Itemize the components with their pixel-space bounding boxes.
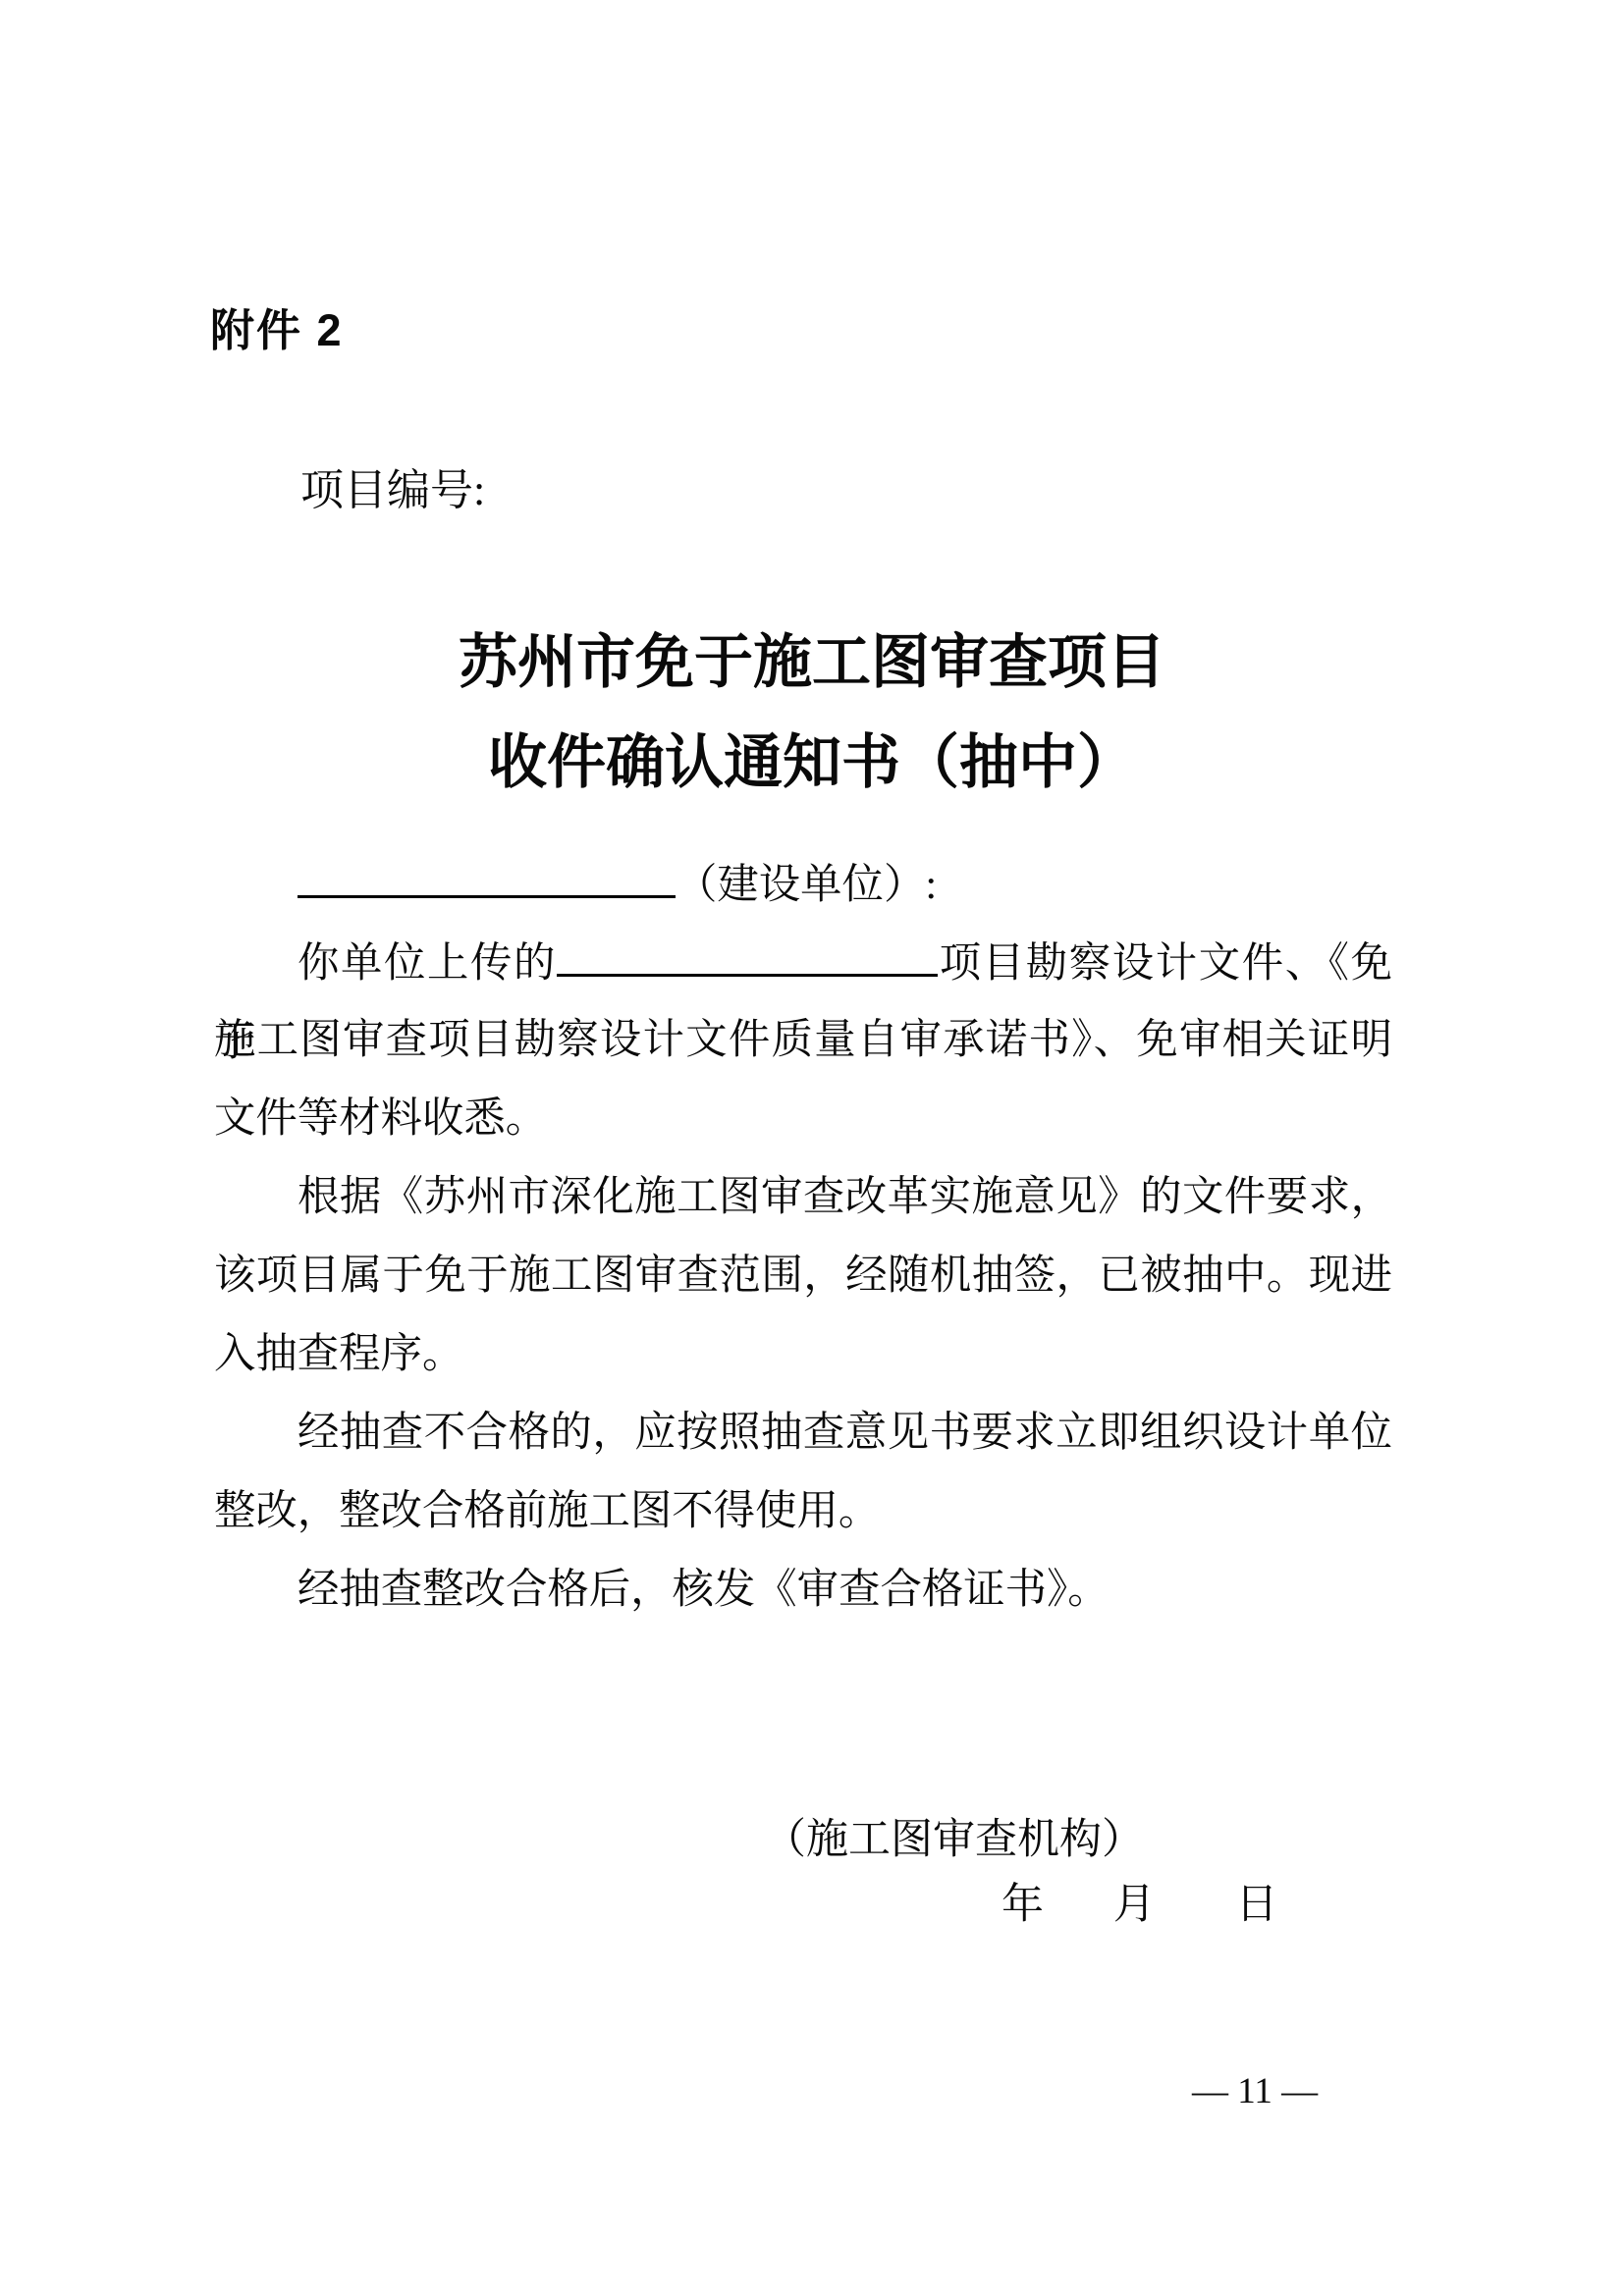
date-month-label: 月	[1113, 1882, 1156, 1928]
document-page: 附件 2 项目编号: 苏州市免于施工图审查项目 收件确认通知书（抽中） （建设单…	[0, 0, 1624, 2296]
document-title-line1: 苏州市免于施工图审查项目	[0, 633, 1624, 692]
body-line: 整改，整改合格前施工图不得使用。	[214, 1472, 1392, 1551]
date-day-label: 日	[1236, 1882, 1278, 1928]
document-body: （建设单位）:你单位上传的项目勘察设计文件、《免于施工图审查项目勘察设计文件质量…	[214, 844, 1392, 1629]
body-text-segment: 经抽查不合格的，应按照抽查意见书要求立即组织设计单位	[298, 1410, 1392, 1456]
body-line: （建设单位）:	[214, 844, 1392, 923]
body-text-segment: 该项目属于免于施工图审查范围，经随机抽签，已被抽中。现进	[214, 1253, 1392, 1299]
body-text-segment: 整改，整改合格前施工图不得使用。	[214, 1488, 880, 1534]
body-line: 你单位上传的项目勘察设计文件、《免于	[214, 923, 1392, 1001]
fill-in-blank-line	[557, 923, 938, 977]
date-year-label: 年	[1001, 1882, 1044, 1928]
body-text-segment: （建设单位）:	[676, 862, 937, 908]
review-agency-signature-label: （施工图审查机构）	[764, 1816, 1144, 1865]
attachment-label: 附件 2	[210, 306, 344, 355]
body-text-segment: 根据《苏州市深化施工图审查改革实施意见》的文件要求，	[298, 1174, 1392, 1220]
body-text-segment: 你单位上传的	[298, 940, 557, 987]
body-line: 入抽查程序。	[214, 1315, 1392, 1394]
body-text-segment: 文件等材料收悉。	[214, 1095, 547, 1142]
body-text-segment: 经抽查整改合格后，核发《审查合格证书》。	[298, 1567, 1110, 1613]
page-number: — 11 —	[1192, 2071, 1318, 2112]
body-line: 根据《苏州市深化施工图审查改革实施意见》的文件要求，	[214, 1158, 1392, 1237]
body-line: 经抽查整改合格后，核发《审查合格证书》。	[214, 1551, 1392, 1629]
document-title: 苏州市免于施工图审查项目 收件确认通知书（抽中）	[0, 633, 1624, 792]
document-title-line2: 收件确认通知书（抽中）	[0, 733, 1624, 792]
body-text-segment: 施工图审查项目勘察设计文件质量自审承诺书》、免审相关证明	[214, 1017, 1392, 1063]
fill-in-blank-line	[298, 844, 676, 898]
body-line: 经抽查不合格的，应按照抽查意见书要求立即组织设计单位	[214, 1394, 1392, 1472]
body-line: 文件等材料收悉。	[214, 1080, 1392, 1158]
date-line: 年 月 日	[1001, 1881, 1278, 1930]
body-text-segment: 入抽查程序。	[214, 1331, 463, 1377]
project-number-label: 项目编号:	[300, 467, 485, 514]
body-line: 施工图审查项目勘察设计文件质量自审承诺书》、免审相关证明	[214, 1001, 1392, 1080]
body-line: 该项目属于免于施工图审查范围，经随机抽签，已被抽中。现进	[214, 1237, 1392, 1315]
